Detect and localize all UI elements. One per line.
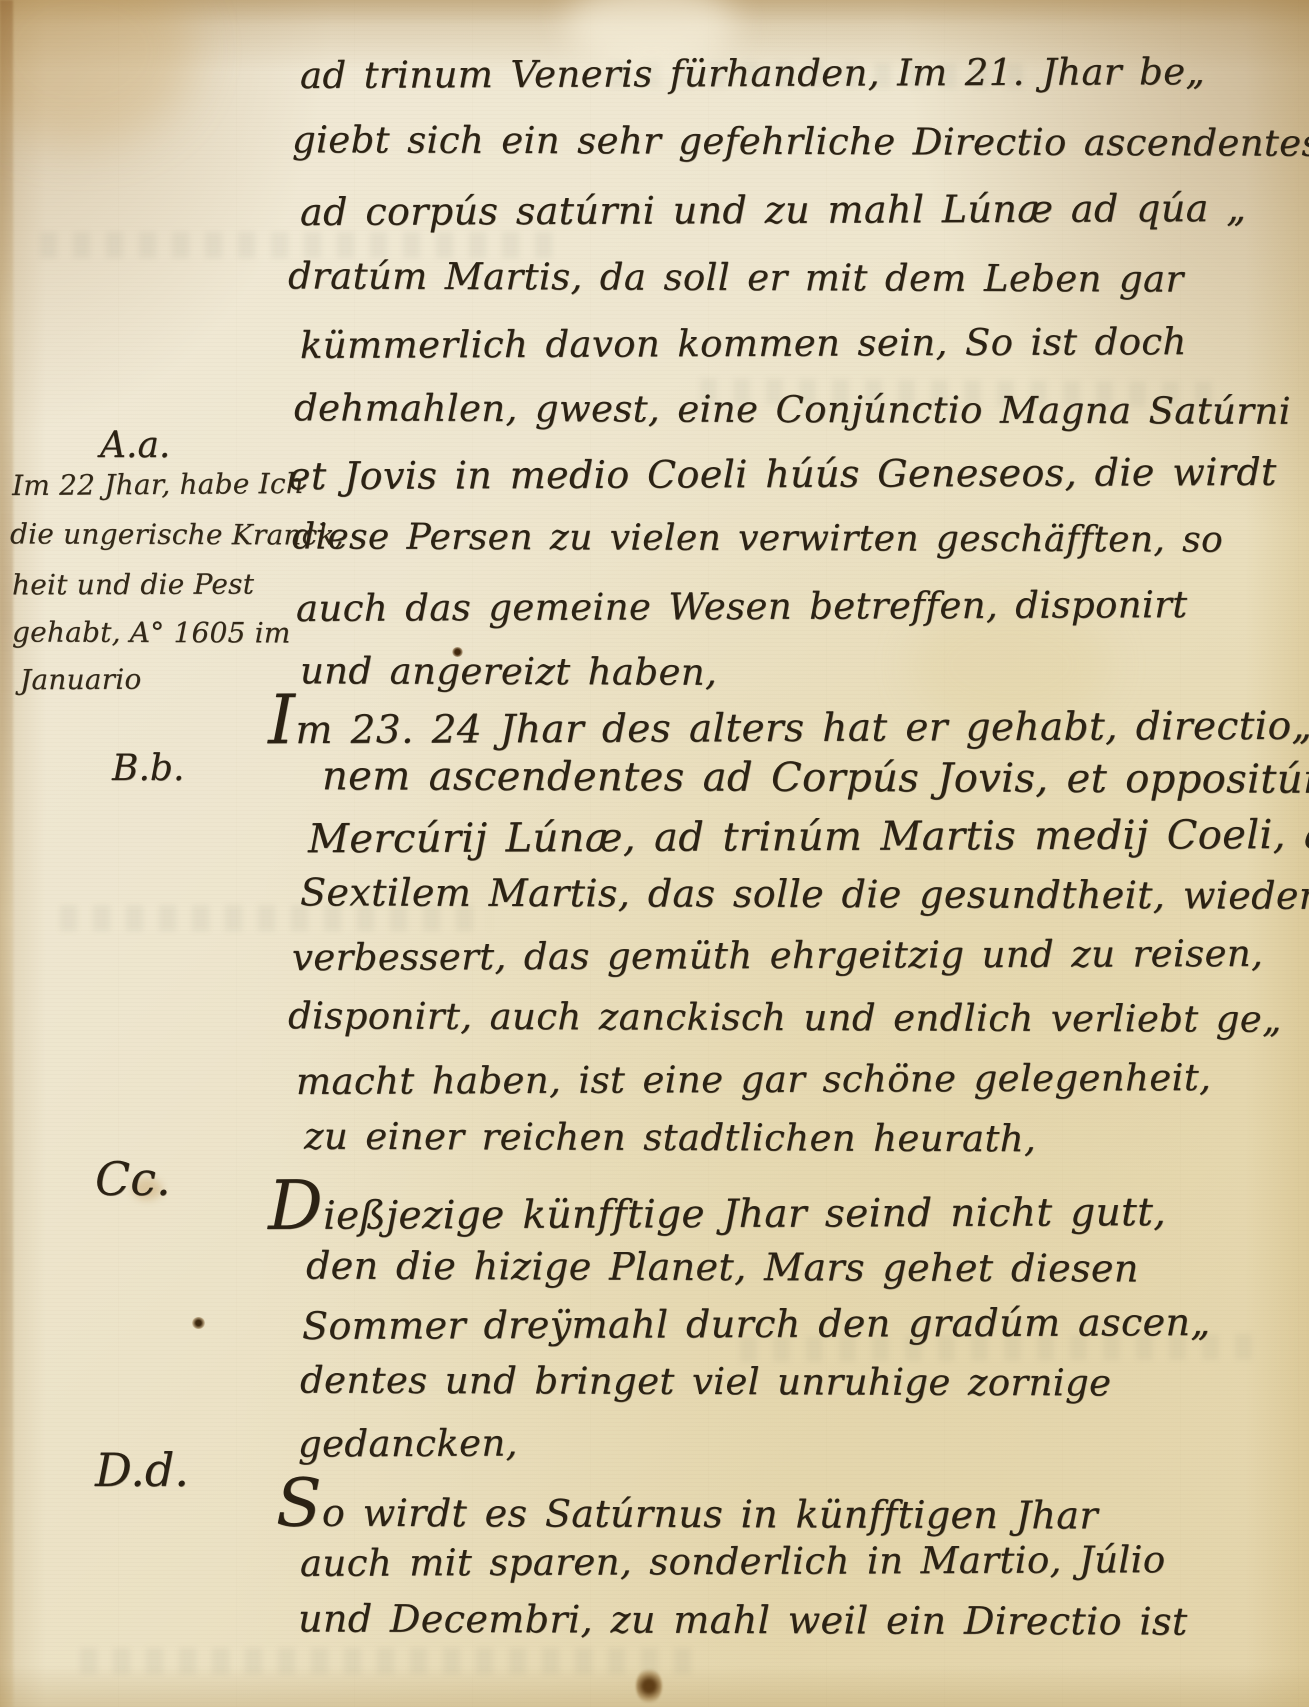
body-line: auch das gemeine Wesen betreffen, dispon… [296,583,1188,630]
body-line: ad trinum Veneris fürhanden, Im 21. Jhar… [300,50,1205,97]
body-line: und angereizt haben, [300,649,717,693]
body-line: Im 23. 24 Jhar des alters hat er gehabt,… [268,690,1309,754]
body-line: und Decembri, zu mahl weil ein Directio … [298,1596,1188,1643]
body-line: dratúm Martis, da soll er mit dem Leben … [288,254,1184,300]
body-line: kümmerlich davon kommen sein, So ist doc… [300,320,1187,367]
margin-note-line: gehabt, A° 1605 im [12,616,291,650]
body-line: diese Persen zu vielen verwirten geschäf… [292,516,1223,560]
body-line: Sommer dreÿmahl durch den gradúm ascen„ [302,1300,1211,1348]
margin-note-line: Im 22 Jhar, habe Ich [12,467,304,502]
body-line: auch mit sparen, sonderlich in Martio, J… [300,1538,1166,1585]
body-line: et Jovis in medio Coeli húús Geneseos, d… [288,450,1277,498]
body-line: giebt sich ein sehr gefehrliche Directio… [292,118,1309,165]
margin-label-aa: A.a. [100,425,170,466]
body-line: dentes und bringet viel unruhige zornige [300,1359,1112,1405]
manuscript-page: { "manuscript": { "margin_sections": [ {… [0,0,1309,1707]
body-line: verbessert, das gemüth ehrgeitzig und zu… [292,932,1263,979]
bleed-through-text [80,1648,700,1674]
body-line: ad corpús satúrni und zu mahl Lúnæ ad qú… [300,186,1246,234]
margin-label-dd: D.d. [95,1443,189,1497]
margin-note-line: heit und die Pest [12,568,254,602]
margin-note-line: Januario [20,663,142,697]
body-line: nem ascendentes ad Corpús Jovis, et oppo… [322,753,1309,803]
body-line: macht haben, ist eine gar schöne gelegen… [296,1056,1211,1103]
ink-spot [192,1317,205,1329]
body-line: disponirt, auch zanckisch und endlich ve… [288,994,1282,1040]
body-line: dehmahlen, gwest, eine Conjúnctio Magna … [294,386,1291,432]
body-line: gedancken, [298,1422,518,1466]
corner-stain [0,0,196,146]
margin-label-bb: B.b. [112,748,184,789]
body-line: Dießjezige künfftige Jhar seind nicht gu… [268,1176,1166,1239]
margin-label-cc: Cc. [95,1152,171,1206]
body-line: Mercúrij Lúnæ, ad trinúm Martis medij Co… [308,812,1309,863]
body-line: So wirdt es Satúrnus in künfftigen Jhar [276,1477,1098,1538]
body-line: den die hizige Planet, Mars gehet diesen [306,1244,1139,1291]
binding-edge [0,0,13,1707]
body-line: zu einer reichen stadtlichen heurath, [304,1115,1036,1161]
body-line: Sextilem Martis, das solle die gesundthe… [300,870,1309,918]
ink-spot [636,1668,662,1704]
